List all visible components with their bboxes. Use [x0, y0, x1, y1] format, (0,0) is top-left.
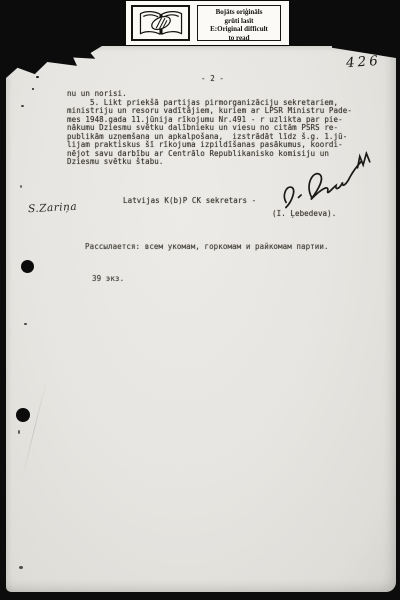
damaged-book-icon [137, 9, 185, 37]
paper-page: 426 - 2 - nu un norisi. 5. Likt priekšā … [6, 46, 396, 592]
scanned-document-screenshot: { "stamp": { "icon": "damaged-book-icon"… [0, 0, 400, 600]
stamp-icon-box [131, 5, 190, 41]
speck [36, 76, 39, 78]
stamp-line-2: grūti lasīt [198, 17, 280, 26]
stamp-line-4: to read [198, 34, 280, 43]
distribution-line: Рассылается: всем укомам, горкомам и рай… [85, 243, 329, 252]
margin-signature: S.Zariņa [28, 201, 78, 216]
handwritten-page-ref: 426 [346, 53, 382, 71]
speck [24, 323, 27, 325]
stamp-text: Bojāts oriģināls grūti lasīt E:Original … [197, 5, 281, 41]
stamp-line-3: E:Original difficult [198, 25, 280, 34]
speck [19, 566, 23, 569]
speck [18, 430, 20, 434]
signature-name: (I. Ļebedeva). [272, 210, 336, 219]
torn-corner-damage [6, 46, 102, 78]
punch-hole-bottom [16, 408, 30, 422]
signature-title-line: Latvijas K(b)P CK sekretars - [123, 197, 256, 206]
punch-hole-top [21, 260, 34, 273]
speck [32, 88, 34, 90]
page-number: - 2 - [201, 75, 224, 84]
damaged-original-stamp: Bojāts oriģināls grūti lasīt E:Original … [126, 1, 289, 45]
speck [20, 185, 22, 188]
speck [21, 105, 24, 107]
body-text: nu un norisi. 5. Likt priekšā partijas p… [67, 90, 352, 167]
stamp-line-1: Bojāts oriģināls [198, 8, 280, 17]
paper-crease [21, 377, 47, 479]
copies-count: 39 экз. [92, 275, 124, 284]
